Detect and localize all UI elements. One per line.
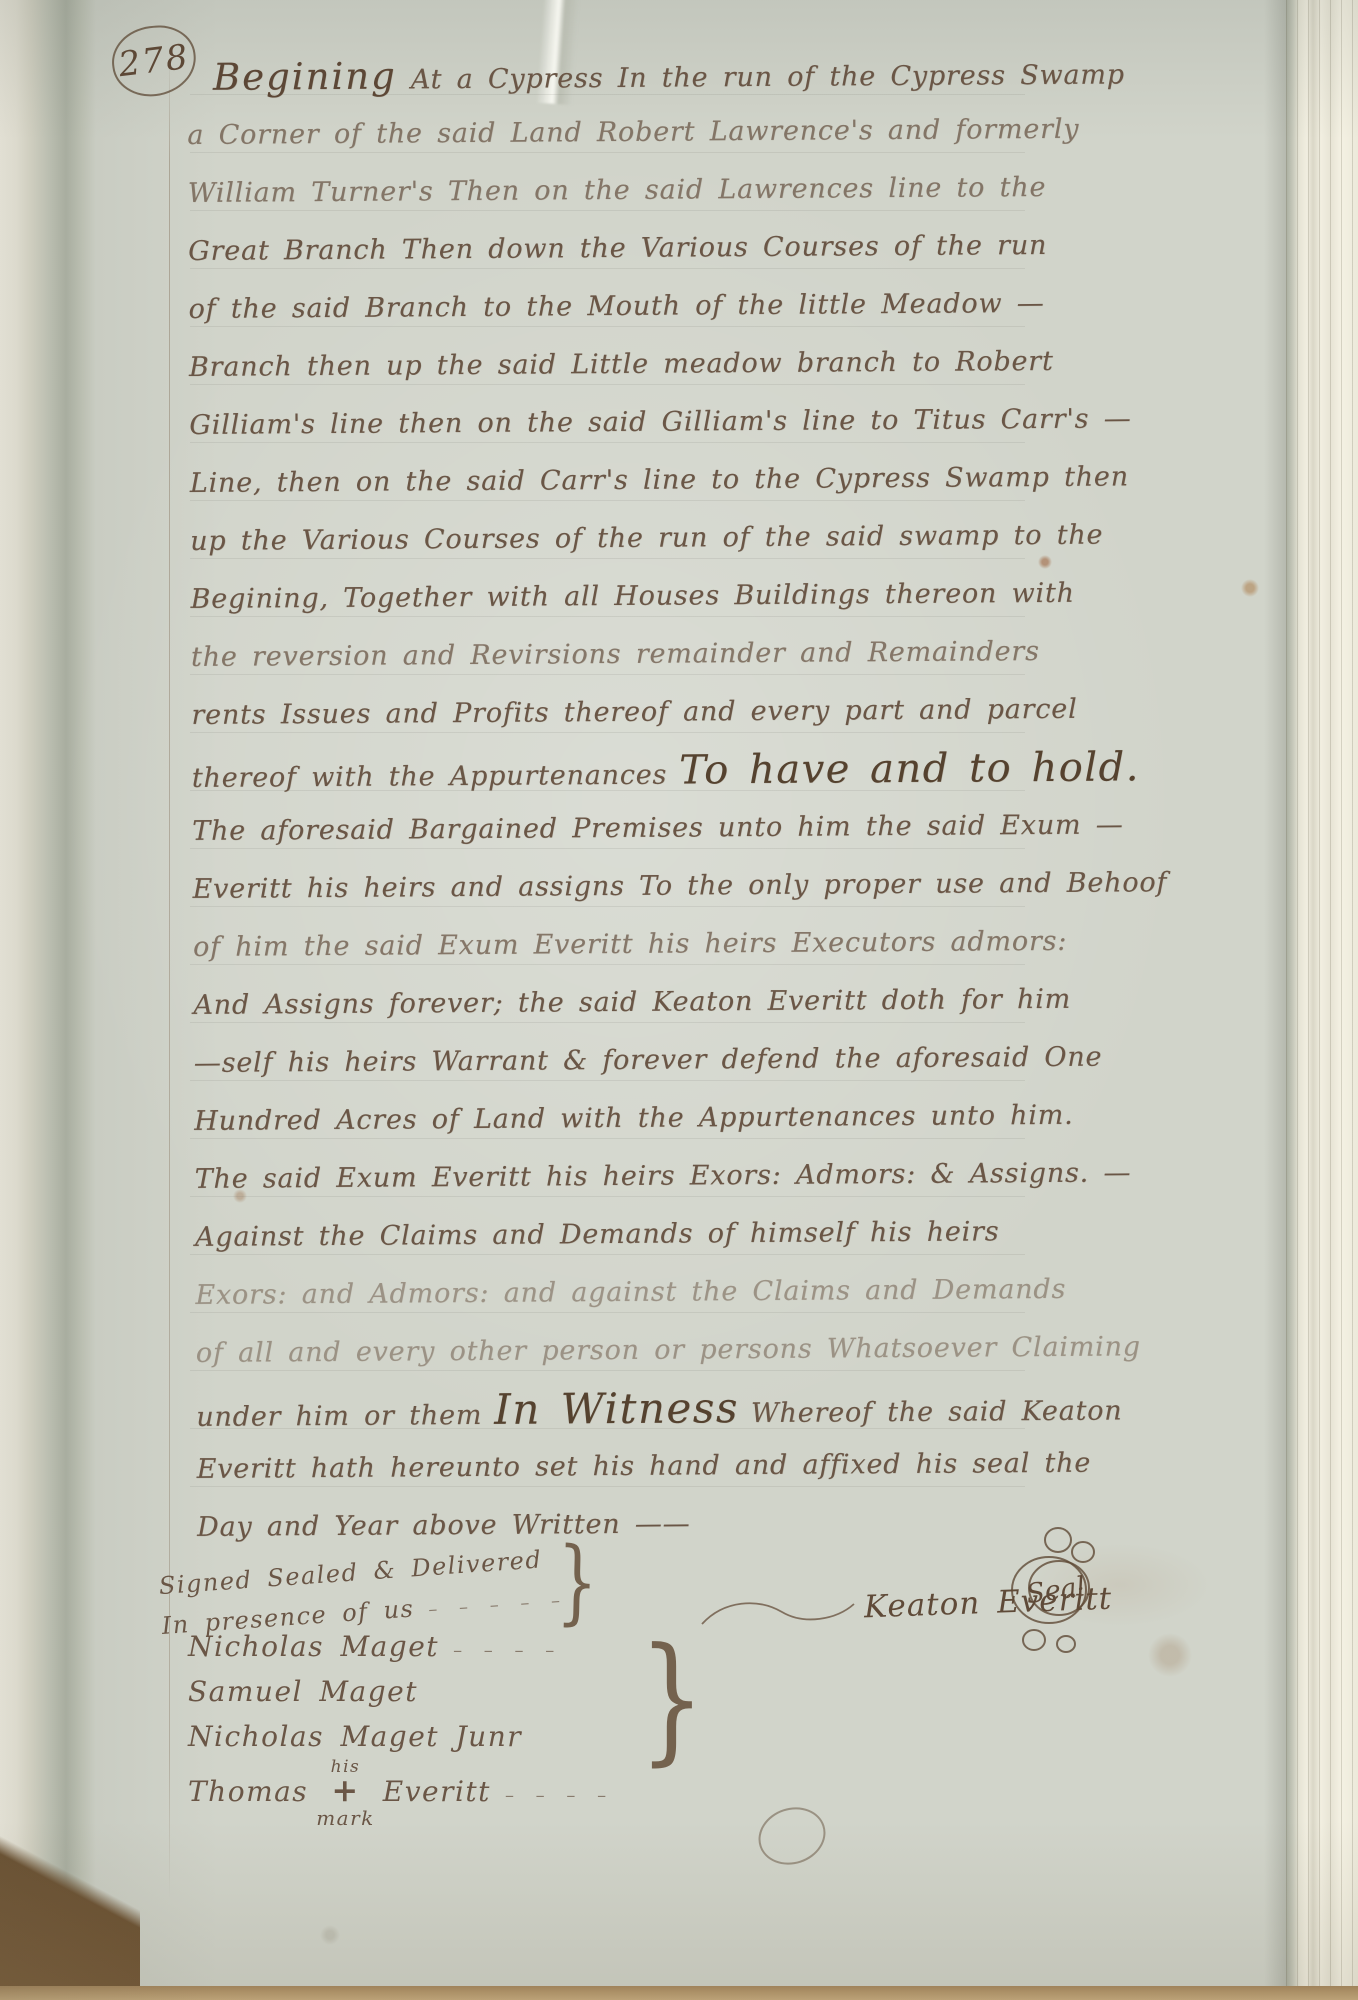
witness-signature: Samuel Maget bbox=[188, 1669, 611, 1714]
mark-first-name: Thomas bbox=[188, 1775, 308, 1808]
witness-signature: Nicholas Maget– – – – bbox=[188, 1624, 611, 1669]
witness-signature: Nicholas Maget Junr bbox=[188, 1714, 611, 1759]
witness-pre: under him or them bbox=[196, 1400, 482, 1433]
his-mark-stack: his+mark bbox=[316, 1759, 375, 1828]
deed-line: Branch then up the said Little meadow br… bbox=[189, 333, 1029, 397]
page-stack-edge bbox=[1286, 0, 1358, 2000]
deed-line: Exors: and Admors: and against the Claim… bbox=[195, 1261, 1035, 1325]
deed-line: Hundred Acres of Land with the Appurtena… bbox=[194, 1087, 1034, 1151]
deed-line-witnesseth: under him or themIn WitnessWhereof the s… bbox=[196, 1377, 1036, 1441]
habendum-phrase: To have and to hold. bbox=[679, 744, 1140, 793]
deed-line: of all and every other person or persons… bbox=[196, 1319, 1036, 1383]
deed-line: William Turner's Then on the said Lawren… bbox=[188, 159, 1028, 223]
deed-line: up the Various Courses of the run of the… bbox=[190, 507, 1030, 571]
mark-label-mark: mark bbox=[316, 1808, 375, 1828]
manuscript-page: 278 BeginingAt a Cypress In the run of t… bbox=[0, 0, 1358, 2000]
deed-text: BeginingAt a Cypress In the run of the C… bbox=[187, 43, 1038, 1557]
witness-post: Whereof the said Keaton bbox=[751, 1395, 1123, 1429]
deed-line: And Assigns forever; the said Keaton Eve… bbox=[193, 971, 1033, 1035]
deed-line: Begining, Together with all Houses Build… bbox=[190, 565, 1030, 629]
witness-name: Nicholas Maget bbox=[188, 1630, 439, 1663]
leader-dots: – – – – bbox=[453, 1640, 559, 1661]
habendum-pre: thereof with the Appurtenances bbox=[192, 760, 668, 794]
witness-phrase: In Witness bbox=[494, 1383, 739, 1434]
deed-line: of the said Branch to the Mouth of the l… bbox=[188, 275, 1028, 339]
signature-flourish bbox=[698, 1592, 858, 1634]
witness-signatures: Nicholas Maget– – – – Samuel Maget Nicho… bbox=[188, 1624, 611, 1819]
table-surface-corner bbox=[0, 1770, 140, 2000]
deed-line: —self his heirs Warrant & forever defend… bbox=[194, 1029, 1034, 1093]
seal-text: Seal bbox=[1024, 1571, 1087, 1610]
deed-line: a Corner of the said Land Robert Lawrenc… bbox=[187, 101, 1027, 165]
deed-line: Everitt his heirs and assigns To the onl… bbox=[192, 855, 1032, 919]
mark-last-name: Everitt bbox=[383, 1775, 491, 1808]
deed-line: Gilliam's line then on the said Gilliam'… bbox=[189, 391, 1029, 455]
table-surface-bottom bbox=[0, 1986, 1358, 2000]
deed-line: rents Issues and Profits thereof and eve… bbox=[191, 681, 1031, 745]
deed-line: Great Branch Then down the Various Cours… bbox=[188, 217, 1028, 281]
leader-dots: – – – – – bbox=[428, 1590, 566, 1620]
deed-line: The aforesaid Bargained Premises unto hi… bbox=[192, 797, 1032, 861]
attestation-brace: } bbox=[555, 1527, 599, 1636]
flourish-doodle bbox=[751, 1799, 833, 1873]
witness-signature-by-mark: Thomashis+markEveritt– – – – bbox=[188, 1759, 611, 1819]
deed-line: Everitt hath hereunto set his hand and a… bbox=[196, 1435, 1036, 1499]
leader-dots: – – – – bbox=[505, 1785, 611, 1806]
witness-name: Samuel Maget bbox=[188, 1675, 418, 1708]
witness-brace: } bbox=[639, 1604, 705, 1794]
book-binding-edge bbox=[0, 0, 96, 2000]
opening-word: Begining bbox=[213, 54, 397, 98]
opening-rest: At a Cypress In the run of the Cypress S… bbox=[411, 59, 1125, 95]
witness-name: Nicholas Maget Junr bbox=[188, 1720, 522, 1753]
deed-line-habendum: thereof with the AppurtenancesTo have an… bbox=[192, 739, 1032, 803]
page-number: 278 bbox=[116, 37, 191, 85]
deed-line: Day and Year above Written —— bbox=[197, 1493, 1037, 1557]
deed-line: The said Exum Everitt his heirs Exors: A… bbox=[194, 1145, 1034, 1209]
deed-line: of him the said Exum Everitt his heirs E… bbox=[193, 913, 1033, 977]
deed-line: the reversion and Revirsions remainder a… bbox=[191, 623, 1031, 687]
mark-cross: + bbox=[331, 1774, 359, 1806]
deed-line: Line, then on the said Carr's line to th… bbox=[190, 449, 1030, 513]
deed-line: Against the Claims and Demands of himsel… bbox=[195, 1203, 1035, 1267]
seal-flourish: Seal bbox=[1000, 1524, 1104, 1660]
deed-line: BeginingAt a Cypress In the run of the C… bbox=[187, 43, 1027, 107]
